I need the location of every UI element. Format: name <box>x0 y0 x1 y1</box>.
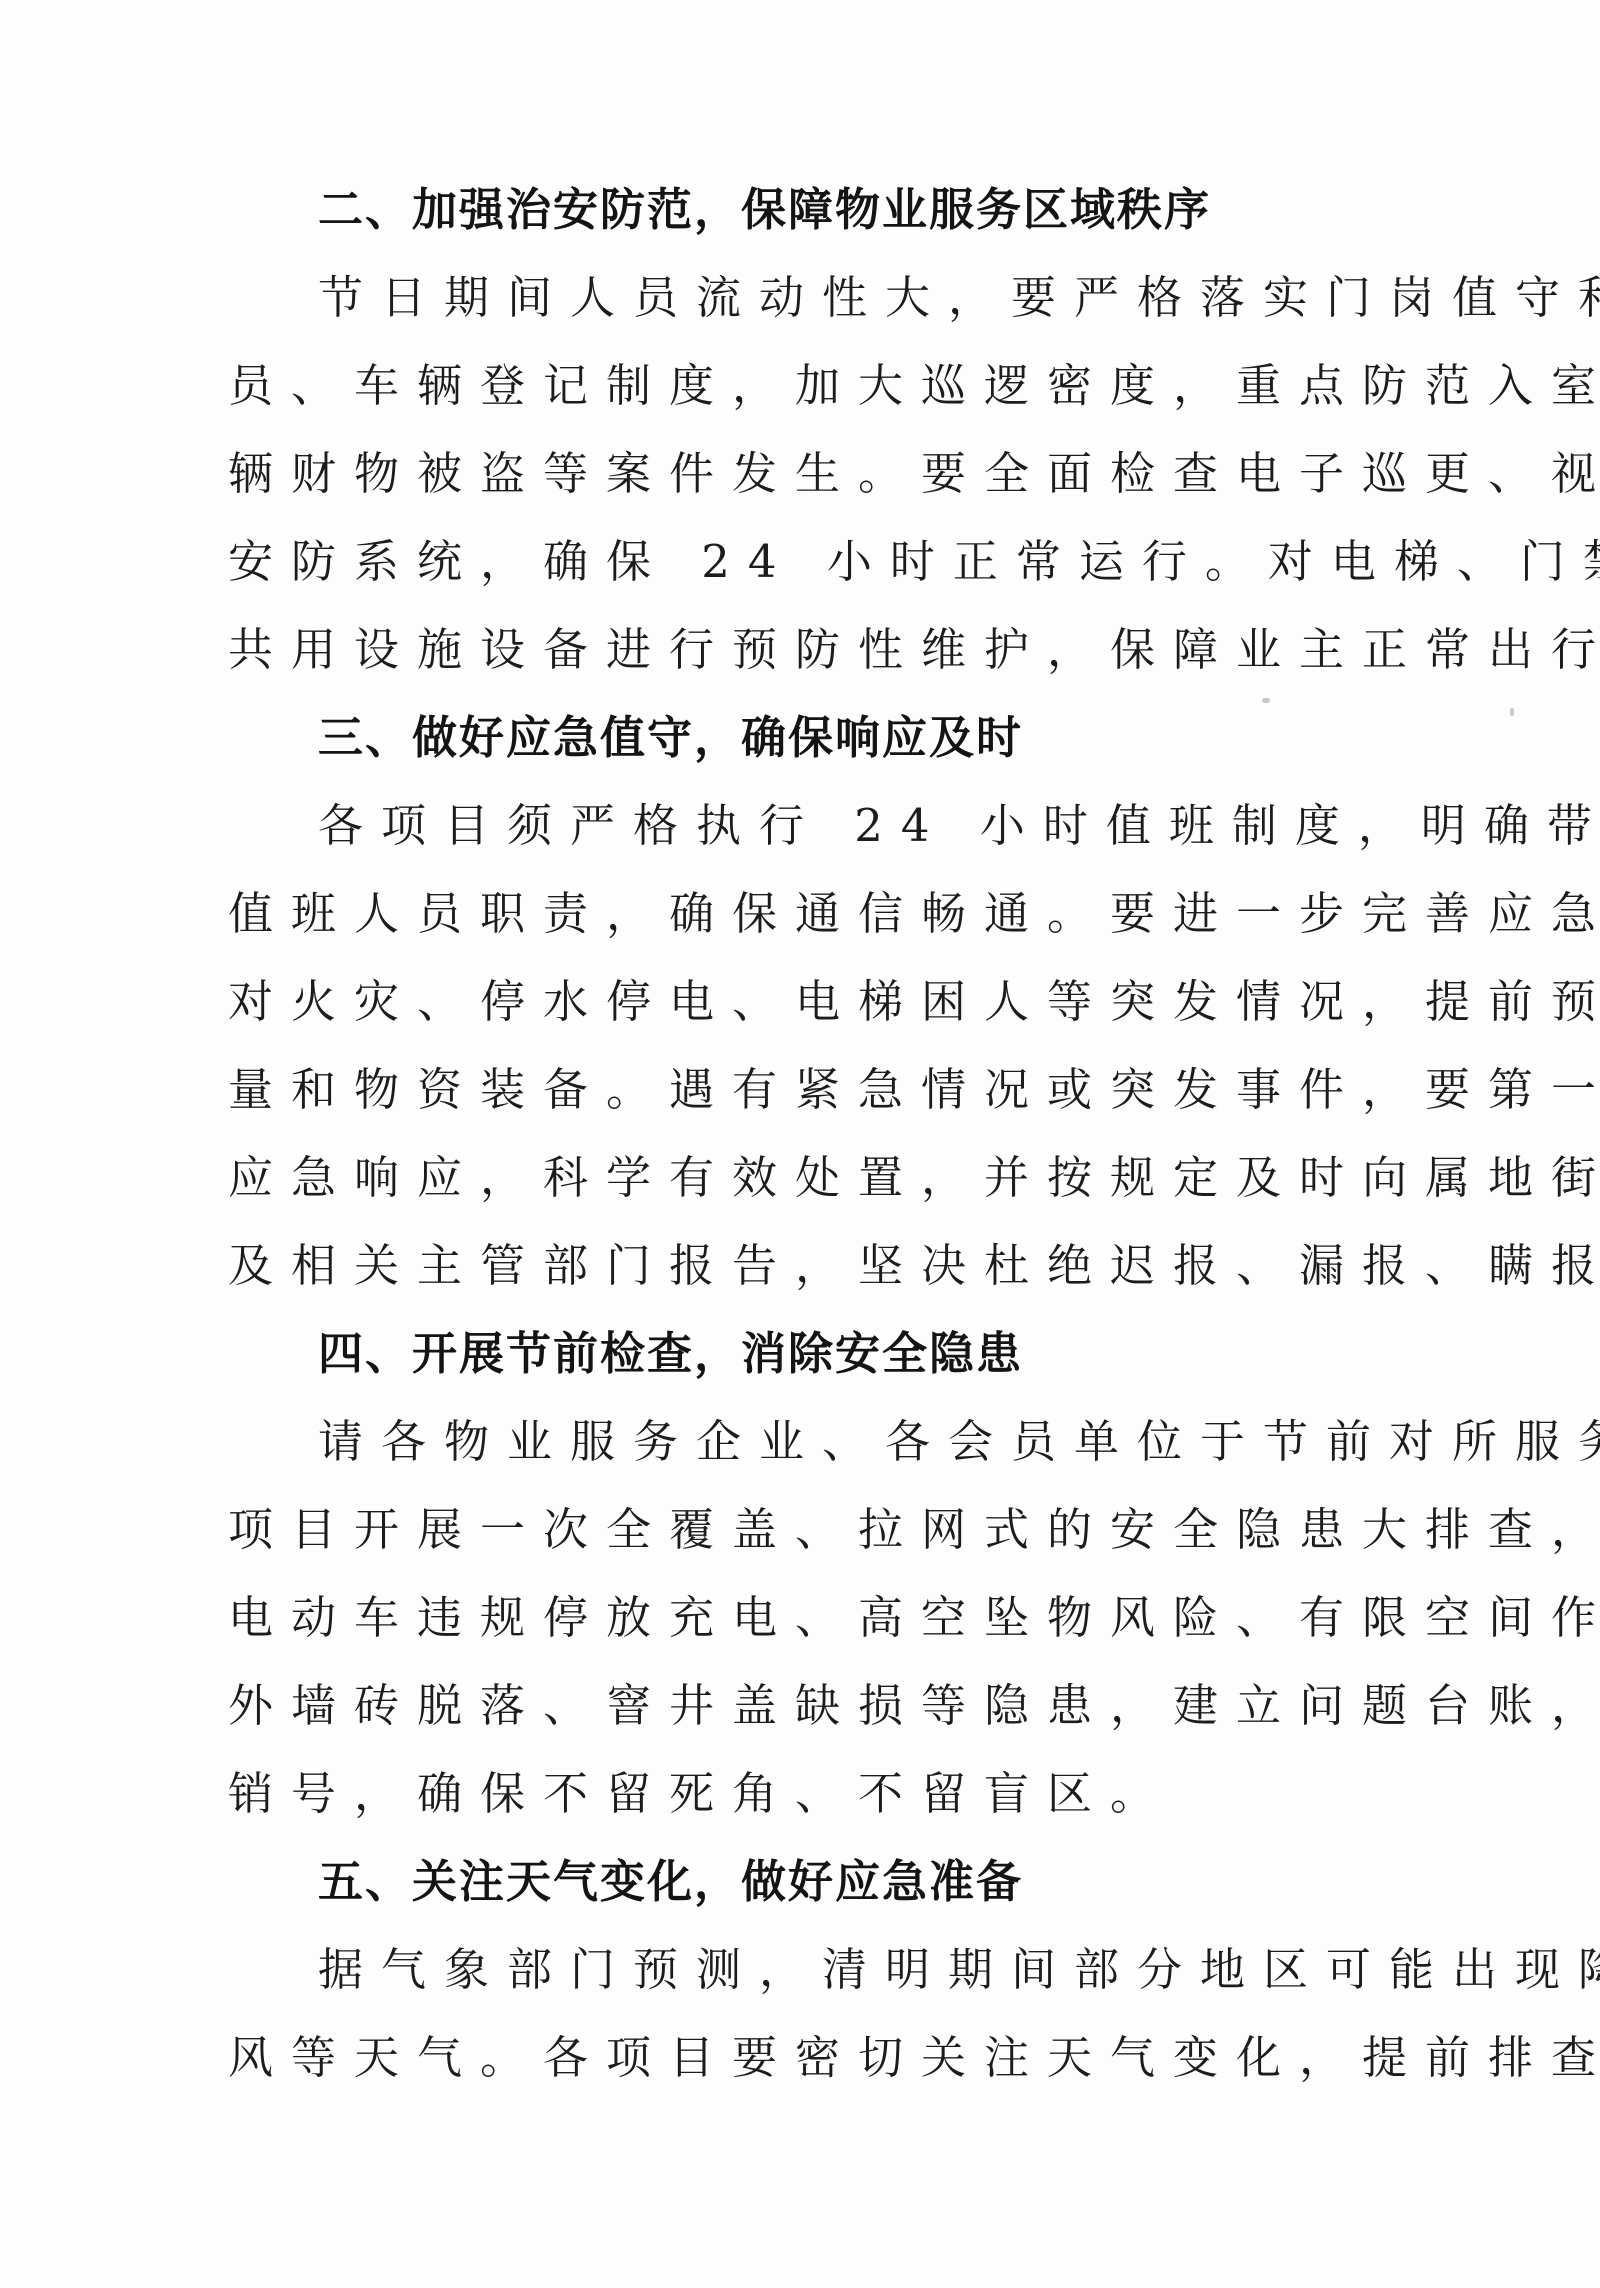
paragraph-line: 项目开展一次全覆盖、拉网式的安全隐患大排查，重点检查 <box>228 1486 1388 1574</box>
section-heading: 三、做好应急值守，确保响应及时 <box>228 694 1388 782</box>
document-page: 二、加强治安防范，保障物业服务区域秩序 节日期间人员流动性大，要严格落实门岗值守… <box>228 166 1388 2102</box>
paragraph-line: 各项目须严格执行 24 小时值班制度，明确带班领导和 <box>228 782 1388 870</box>
paragraph-line: 对火灾、停水停电、电梯困人等突发情况，提前预置应急力 <box>228 958 1388 1046</box>
paragraph-line: 辆财物被盗等案件发生。要全面检查电子巡更、视频监控等 <box>228 430 1388 518</box>
scan-speck <box>1510 708 1514 716</box>
paragraph-line: 及相关主管部门报告，坚决杜绝迟报、漏报、瞒报。 <box>228 1222 1388 1310</box>
section-heading: 四、开展节前检查，消除安全隐患 <box>228 1310 1388 1398</box>
paragraph-line: 电动车违规停放充电、高空坠物风险、有限空间作业管理、 <box>228 1574 1388 1662</box>
section-heading: 二、加强治安防范，保障物业服务区域秩序 <box>228 166 1388 254</box>
paragraph-line: 节日期间人员流动性大，要严格落实门岗值守和外来人 <box>228 254 1388 342</box>
paragraph-line: 共用设施设备进行预防性维护，保障业主正常出行。 <box>228 606 1388 694</box>
paragraph-line: 销号，确保不留死角、不留盲区。 <box>228 1750 1388 1838</box>
paragraph-line: 风等天气。各项目要密切关注天气变化，提前排查地下室、 <box>228 2014 1388 2102</box>
paragraph-line: 外墙砖脱落、窨井盖缺损等隐患，建立问题台账，限期整改 <box>228 1662 1388 1750</box>
paragraph-line: 值班人员职责，确保通信畅通。要进一步完善应急预案，针 <box>228 870 1388 958</box>
paragraph-line: 安防系统，确保 24 小时正常运行。对电梯、门禁、道闸等 <box>228 518 1388 606</box>
paragraph-line: 量和物资装备。遇有紧急情况或突发事件，要第一时间启动 <box>228 1046 1388 1134</box>
paragraph-line: 员、车辆登记制度，加大巡逻密度，重点防范入室盗窃、车 <box>228 342 1388 430</box>
paragraph-line: 应急响应，科学有效处置，并按规定及时向属地街道、社区 <box>228 1134 1388 1222</box>
paragraph-line: 据气象部门预测，清明期间部分地区可能出现降雨、大 <box>228 1926 1388 2014</box>
section-heading: 五、关注天气变化，做好应急准备 <box>228 1838 1388 1926</box>
paragraph-line: 请各物业服务企业、各会员单位于节前对所服务的所有 <box>228 1398 1388 1486</box>
scan-speck <box>1262 698 1270 703</box>
